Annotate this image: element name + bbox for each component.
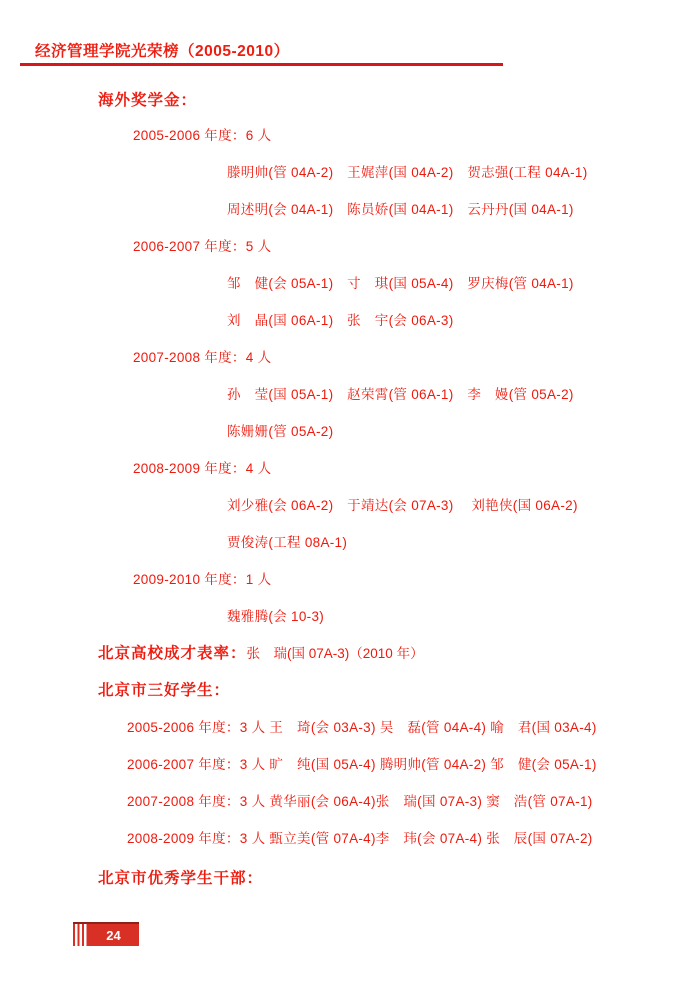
name-row: 邹 健(会 05A-1) 寸 琪(国 05A-4) 罗庆梅(管 04A-1) — [227, 272, 574, 292]
document-title: 经济管理学院光荣榜（2005-2010） — [35, 39, 290, 61]
year-label: 2005-2006 年度：6 人 — [133, 124, 271, 144]
header-rule — [20, 63, 503, 66]
list-row: 2005-2006 年度：3 人 王 琦(会 03A-3) 吴 磊(管 04A-… — [127, 716, 597, 736]
name-row: 滕明帅(管 04A-2) 王娓萍(国 04A-2) 贺志强(工程 04A-1) — [227, 161, 588, 181]
award-line-chengcai: 北京高校成才表率：张 瑞(国 07A-3)（2010 年） — [98, 641, 424, 663]
document-page: 经济管理学院光荣榜（2005-2010） 海外奖学金： 2005-2006 年度… — [0, 0, 700, 995]
name-row: 刘少雅(会 06A-2) 于靖达(会 07A-3) 刘艳侠(国 06A-2) — [227, 494, 578, 514]
page-number-badge: 24 — [73, 922, 139, 946]
year-label: 2008-2009 年度：4 人 — [133, 457, 271, 477]
name-row: 刘 晶(国 06A-1) 张 宇(会 06A-3) — [227, 309, 454, 329]
year-label: 2007-2008 年度：4 人 — [133, 346, 271, 366]
name-row: 孙 莹(国 05A-1) 赵荣霄(管 06A-1) 李 嫚(管 05A-2) — [227, 383, 574, 403]
name-row: 陈姗姗(管 05A-2) — [227, 420, 333, 440]
list-row: 2006-2007 年度：3 人 旷 纯(国 05A-4) 腾明帅(管 04A-… — [127, 753, 597, 773]
award-recipient: 张 瑞(国 07A-3)（2010 年） — [247, 646, 424, 661]
year-label: 2006-2007 年度：5 人 — [133, 235, 271, 255]
section-title-overseas-scholarship: 海外奖学金： — [98, 88, 197, 110]
section-title-youxiu-cadre: 北京市优秀学生干部： — [98, 866, 263, 888]
section-title-chengcai: 北京高校成才表率： — [98, 645, 247, 662]
section-title-sanhao-student: 北京市三好学生： — [98, 678, 230, 700]
badge-stripes-decoration — [73, 924, 88, 946]
year-label: 2009-2010 年度：1 人 — [133, 568, 271, 588]
name-row: 魏雅腾(会 10-3) — [227, 605, 324, 625]
name-row: 周述明(会 04A-1) 陈员娇(国 04A-1) 云丹丹(国 04A-1) — [227, 198, 574, 218]
list-row: 2007-2008 年度：3 人 黄华丽(会 06A-4)张 瑞(国 07A-3… — [127, 790, 593, 810]
list-row: 2008-2009 年度：3 人 甄立美(管 07A-4)李 玮(会 07A-4… — [127, 827, 593, 847]
name-row: 贾俊涛(工程 08A-1) — [227, 531, 347, 551]
page-number: 24 — [88, 928, 139, 943]
